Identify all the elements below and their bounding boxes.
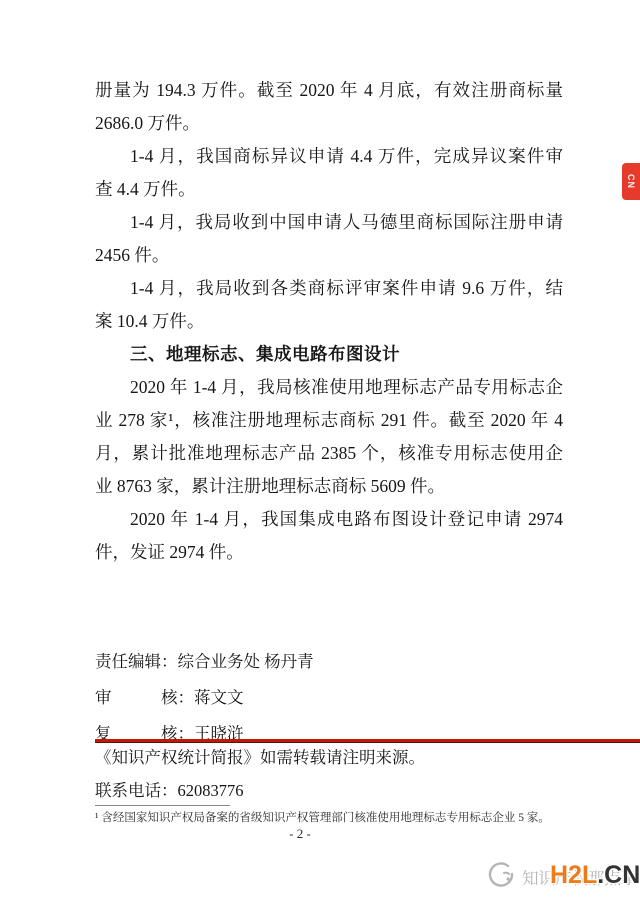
body-line: 2020 年 1-4 月，我局核准使用地理标志产品专用标志企 <box>95 371 563 404</box>
body-line: 1-4 月，我国商标异议申请 4.4 万件，完成异议案件审 <box>95 140 563 173</box>
body-line: 册量为 194.3 万件。截至 2020 年 4 月底，有效注册商标量 <box>95 74 563 107</box>
contact-phone: 联系电话：62083776 <box>95 780 244 802</box>
body-line: 月，累计批准地理标志产品 2385 个，核准专用标志使用企 <box>95 437 563 470</box>
body-line: 案 10.4 万件。 <box>95 305 563 338</box>
body-line: 1-4 月，我局收到各类商标评审案件申请 9.6 万件，结 <box>95 272 563 305</box>
reviewer-line: 审 核：蒋文文 <box>95 680 565 716</box>
footnote-separator <box>95 805 230 806</box>
body-line: 业 8763 家，累计注册地理标志商标 5609 件。 <box>95 470 563 503</box>
footnote-text: ¹ 含经国家知识产权局备案的省级知识产权管理部门核准使用地理标志专用标志企业 5… <box>95 811 555 826</box>
body-line: 2020 年 1-4 月，我国集成电路布图设计登记申请 2974 <box>95 503 563 536</box>
editor-line: 责任编辑：综合业务处 杨丹青 <box>95 644 565 680</box>
brand-cn: .CN <box>597 861 640 889</box>
page-number: - 2 - <box>0 826 600 842</box>
body-line: 三、地理标志、集成电路布图设计 <box>95 338 563 371</box>
reprint-notice: 《知识产权统计简报》如需转载请注明来源。 <box>95 747 425 769</box>
document-body: 册量为 194.3 万件。截至 2020 年 4 月底，有效注册商标量2686.… <box>95 74 563 569</box>
edge-watermark-badge: CN <box>622 163 640 200</box>
watermark-doodle-icon <box>486 860 516 890</box>
edge-badge-label: CN <box>626 174 636 189</box>
body-line: 业 278 家¹，核准注册地理标志商标 291 件。截至 2020 年 4 <box>95 404 563 437</box>
red-divider-line <box>95 739 640 743</box>
watermark-brand: H2L.CN <box>550 861 640 890</box>
brand-h2l: H2L <box>550 861 597 889</box>
document-page: 册量为 194.3 万件。截至 2020 年 4 月底，有效注册商标量2686.… <box>0 0 640 906</box>
editorial-block: 责任编辑：综合业务处 杨丹青 审 核：蒋文文 复 核：王晓浒 <box>95 644 565 752</box>
body-line: 2686.0 万件。 <box>95 107 563 140</box>
body-line: 件，发证 2974 件。 <box>95 536 563 569</box>
body-line: 2456 件。 <box>95 239 563 272</box>
site-watermark: 知识产权那点事 H2L.CN <box>486 856 640 898</box>
body-line: 1-4 月，我局收到中国申请人马德里商标国际注册申请 <box>95 206 563 239</box>
body-line: 查 4.4 万件。 <box>95 173 563 206</box>
